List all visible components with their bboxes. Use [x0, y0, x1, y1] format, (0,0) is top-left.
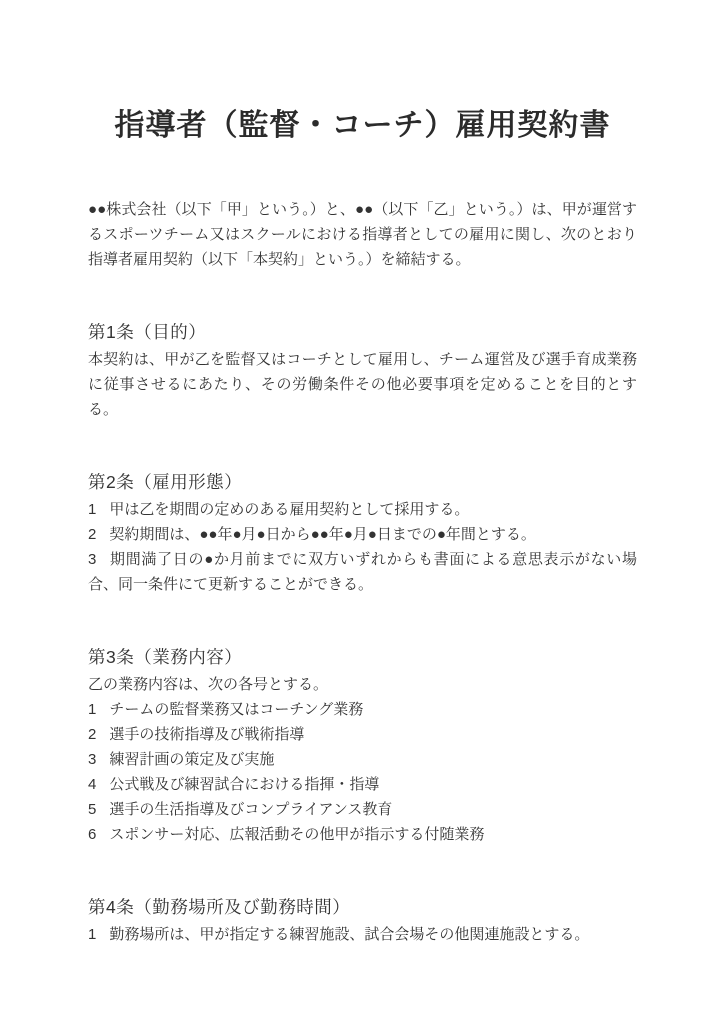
article-3-item-2: 2選手の技術指導及び戦術指導: [88, 722, 637, 747]
clause-number: 3: [88, 751, 96, 768]
article-2-item-3: 3期間満了日の●か月前までに双方いずれからも書面による意思表示がない場合、同一条…: [88, 547, 637, 597]
contract-document-page: 指導者（監督・コーチ）雇用契約書 ●●株式会社（以下「甲」という。）と、●●（以…: [0, 0, 724, 1024]
preamble-paragraph: ●●株式会社（以下「甲」という。）と、●●（以下「乙」という。）は、甲が運営する…: [88, 197, 637, 272]
article-3-item-4: 4公式戦及び練習試合における指揮・指導: [88, 772, 637, 797]
clause-text: チームの監督業務又はコーチング業務: [109, 701, 363, 718]
article-2-item-1: 1甲は乙を期間の定めのある雇用契約として採用する。: [88, 497, 637, 522]
article-4: 第4条（勤務場所及び勤務時間） 1勤務場所は、甲が指定する練習施設、試合会場その…: [88, 894, 637, 947]
article-3-item-1: 1チームの監督業務又はコーチング業務: [88, 697, 637, 722]
clause-number: 3: [88, 551, 96, 568]
article-2-heading: 第2条（雇用形態）: [88, 469, 637, 495]
article-1-heading: 第1条（目的）: [88, 319, 637, 345]
clause-number: 1: [88, 501, 96, 518]
clause-number: 2: [88, 726, 96, 743]
clause-number: 6: [88, 826, 96, 843]
clause-text: 契約期間は、●●年●月●日から●●年●月●日までの●年間とする。: [109, 526, 536, 543]
clause-text: 期間満了日の●か月前までに双方いずれからも書面による意思表示がない場合、同一条件…: [88, 551, 637, 593]
clause-text: 甲は乙を期間の定めのある雇用契約として採用する。: [109, 501, 469, 518]
clause-text: 公式戦及び練習試合における指揮・指導: [109, 776, 379, 793]
article-2: 第2条（雇用形態） 1甲は乙を期間の定めのある雇用契約として採用する。 2契約期…: [88, 469, 637, 597]
clause-text: 選手の技術指導及び戦術指導: [109, 726, 304, 743]
clause-number: 1: [88, 701, 96, 718]
clause-number: 4: [88, 776, 96, 793]
clause-text: 勤務場所は、甲が指定する練習施設、試合会場その他関連施設とする。: [109, 926, 589, 943]
article-2-item-2: 2契約期間は、●●年●月●日から●●年●月●日までの●年間とする。: [88, 522, 637, 547]
clause-text: 練習計画の策定及び実施: [109, 751, 274, 768]
article-4-heading: 第4条（勤務場所及び勤務時間）: [88, 894, 637, 920]
article-3: 第3条（業務内容） 乙の業務内容は、次の各号とする。 1チームの監督業務又はコー…: [88, 644, 637, 847]
article-4-item-1: 1勤務場所は、甲が指定する練習施設、試合会場その他関連施設とする。: [88, 922, 637, 947]
clause-text: スポンサー対応、広報活動その他甲が指示する付随業務: [109, 826, 484, 843]
article-3-heading: 第3条（業務内容）: [88, 644, 637, 670]
clause-text: 選手の生活指導及びコンプライアンス教育: [109, 801, 392, 818]
article-3-lead: 乙の業務内容は、次の各号とする。: [88, 672, 637, 697]
article-3-item-6: 6スポンサー対応、広報活動その他甲が指示する付随業務: [88, 822, 637, 847]
clause-number: 1: [88, 926, 96, 943]
article-1: 第1条（目的） 本契約は、甲が乙を監督又はコーチとして雇用し、チーム運営及び選手…: [88, 319, 637, 422]
clause-number: 5: [88, 801, 96, 818]
article-3-item-5: 5選手の生活指導及びコンプライアンス教育: [88, 797, 637, 822]
document-title: 指導者（監督・コーチ）雇用契約書: [88, 106, 637, 146]
article-3-item-3: 3練習計画の策定及び実施: [88, 747, 637, 772]
clause-number: 2: [88, 526, 96, 543]
article-1-body: 本契約は、甲が乙を監督又はコーチとして雇用し、チーム運営及び選手育成業務に従事さ…: [88, 347, 637, 422]
